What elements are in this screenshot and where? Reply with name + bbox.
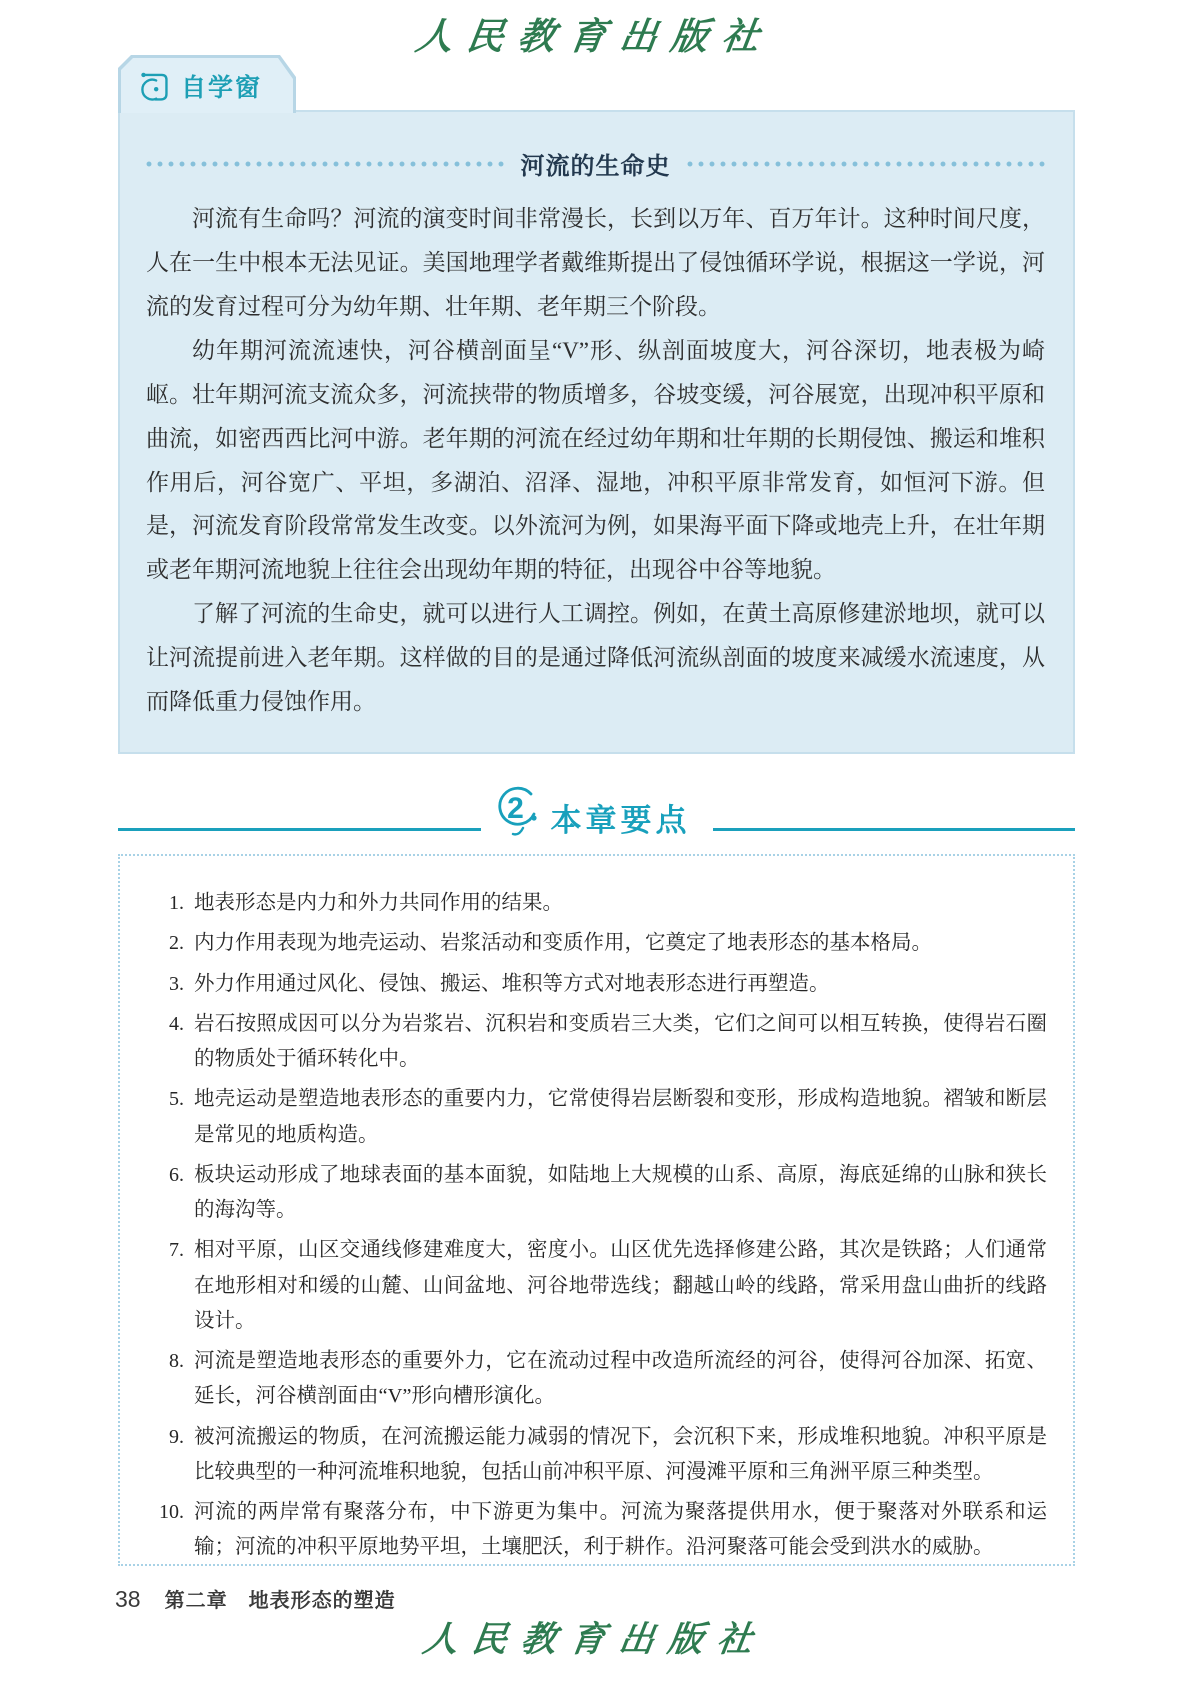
key-point-number: 9. [144,1420,194,1491]
publisher-logo-bottom: 人民教育出版社 [0,1612,1190,1662]
heading-rule-right [713,828,1076,831]
page-content: 自学窗 河流的生命史 河流有生命吗？河流的演变时间非常漫长，长到以万年、百万年计… [118,55,1075,1566]
key-point-number: 3. [144,967,194,1002]
key-point-number: 10. [144,1495,194,1566]
key-point-text: 岩石按照成因可以分为岩浆岩、沉积岩和变质岩三大类，它们之间可以相互转换，使得岩石… [194,1007,1047,1078]
key-point-number: 5. [144,1082,194,1153]
key-point-number: 6. [144,1158,194,1229]
self-study-tab: 自学窗 [118,55,296,113]
key-point-number: 7. [144,1233,194,1339]
key-point-item: 4. 岩石按照成因可以分为岩浆岩、沉积岩和变质岩三大类，它们之间可以相互转换，使… [144,1007,1047,1078]
chapter-number-badge: 2 [493,784,543,840]
key-point-item: 10. 河流的两岸常有聚落分布，中下游更为集中。河流为聚落提供用水，便于聚落对外… [144,1495,1047,1566]
self-study-title: 河流的生命史 [521,146,671,181]
key-point-item: 8. 河流是塑造地表形态的重要外力，它在流动过程中改造所流经的河谷，使得河谷加深… [144,1344,1047,1415]
self-study-tab-label: 自学窗 [181,68,262,104]
key-point-text: 河流是塑造地表形态的重要外力，它在流动过程中改造所流经的河谷，使得河谷加深、拓宽… [194,1344,1047,1415]
self-study-paragraph: 幼年期河流流速快，河谷横剖面呈“V”形、纵剖面坡度大，河谷深切，地表极为崎岖。壮… [146,329,1045,593]
chapter-number: 2 [493,792,539,826]
key-point-text: 河流的两岸常有聚落分布，中下游更为集中。河流为聚落提供用水，便于聚落对外联系和运… [194,1495,1047,1566]
key-point-text: 地壳运动是塑造地表形态的重要内力，它常使得岩层断裂和变形，形成构造地貌。褶皱和断… [194,1082,1047,1153]
key-point-item: 5. 地壳运动是塑造地表形态的重要内力，它常使得岩层断裂和变形，形成构造地貌。褶… [144,1082,1047,1153]
key-point-number: 2. [144,926,194,961]
key-point-text: 板块运动形成了地球表面的基本面貌，如陆地上大规模的山系、高原，海底延绵的山脉和狭… [194,1158,1047,1229]
heading-rule-left [118,828,481,831]
key-point-number: 1. [144,886,194,921]
self-study-paragraph: 河流有生命吗？河流的演变时间非常漫长，长到以万年、百万年计。这种时间尺度，人在一… [146,197,1045,329]
key-points-box: 1. 地表形态是内力和外力共同作用的结果。 2. 内力作用表现为地壳运动、岩浆活… [118,854,1075,1566]
self-study-window-icon [134,67,172,105]
key-point-text: 内力作用表现为地壳运动、岩浆活动和变质作用，它奠定了地表形态的基本格局。 [194,926,1047,961]
dotted-rule-right [687,161,1046,167]
self-study-title-row: 河流的生命史 [146,146,1045,181]
self-study-paragraph: 了解了河流的生命史，就可以进行人工调控。例如，在黄土高原修建淤地坝，就可以让河流… [146,592,1045,724]
key-point-item: 7. 相对平原，山区交通线修建难度大，密度小。山区优先选择修建公路，其次是铁路；… [144,1233,1047,1339]
key-point-item: 2. 内力作用表现为地壳运动、岩浆活动和变质作用，它奠定了地表形态的基本格局。 [144,926,1047,961]
key-point-text: 外力作用通过风化、侵蚀、搬运、堆积等方式对地表形态进行再塑造。 [194,967,1047,1002]
key-point-text: 被河流搬运的物质，在河流搬运能力减弱的情况下，会沉积下来，形成堆积地貌。冲积平原… [194,1420,1047,1491]
self-study-box: 河流的生命史 河流有生命吗？河流的演变时间非常漫长，长到以万年、百万年计。这种时… [118,110,1075,754]
key-points-heading: 2 本章要点 [118,776,1075,840]
key-point-item: 6. 板块运动形成了地球表面的基本面貌，如陆地上大规模的山系、高原，海底延绵的山… [144,1158,1047,1229]
key-point-item: 9. 被河流搬运的物质，在河流搬运能力减弱的情况下，会沉积下来，形成堆积地貌。冲… [144,1420,1047,1491]
key-point-number: 8. [144,1344,194,1415]
page-footer: 38 第二章 地表形态的塑造 [115,1584,396,1613]
key-point-text: 相对平原，山区交通线修建难度大，密度小。山区优先选择修建公路，其次是铁路；人们通… [194,1233,1047,1339]
key-points-title: 本章要点 [551,795,691,840]
page-number: 38 [115,1586,141,1613]
publisher-logo-top: 人民教育出版社 [0,6,1190,60]
key-point-item: 1. 地表形态是内力和外力共同作用的结果。 [144,886,1047,921]
key-point-number: 4. [144,1007,194,1078]
dotted-rule-left [146,161,505,167]
key-point-item: 3. 外力作用通过风化、侵蚀、搬运、堆积等方式对地表形态进行再塑造。 [144,967,1047,1002]
chapter-title: 第二章 地表形态的塑造 [165,1584,396,1613]
self-study-tab-face: 自学窗 [121,58,293,113]
key-point-text: 地表形态是内力和外力共同作用的结果。 [194,886,1047,921]
